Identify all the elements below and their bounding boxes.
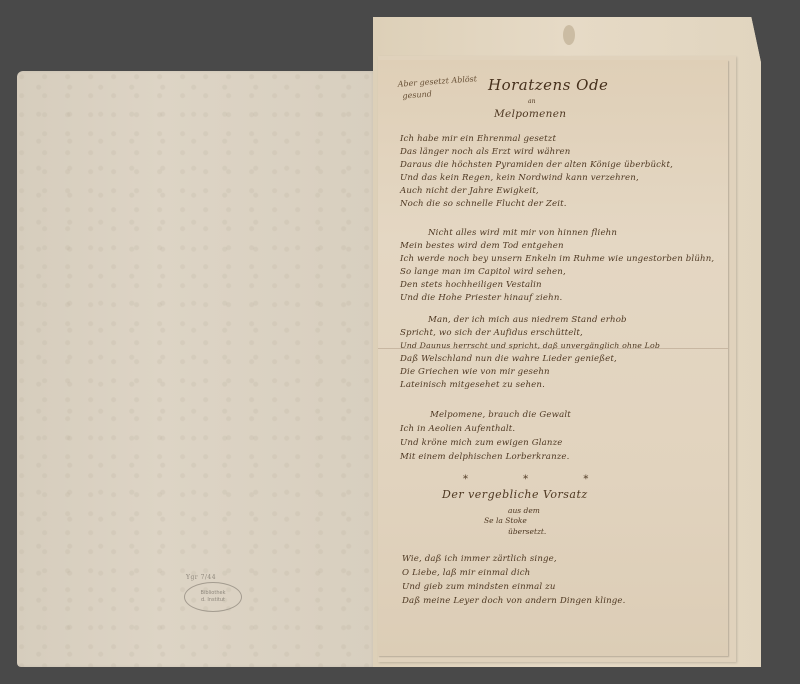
poem-line: O Liebe, laß mir einmal dich [402, 568, 530, 578]
poem-line: Und gieb zum mindsten einmal zu [402, 582, 556, 592]
poem-line: Und das kein Regen, kein Nordwind kann v… [400, 173, 639, 183]
poem-line: Das länger noch als Erzt wird währen [400, 147, 570, 157]
page-subtitle: Melpomenen [494, 108, 566, 120]
poem-line: Die Griechen wie von mir gesehn [400, 367, 550, 377]
poem-line: Spricht, wo sich der Aufidus erschüttelt… [400, 328, 583, 338]
margin-note: Aber gesetzt Ablöst gesund [397, 73, 478, 102]
poem-line: Den stets hochheiligen Vestalin [400, 280, 542, 290]
poem-line: Nicht alles wird mit mir von hinnen flie… [428, 228, 617, 238]
poem-line: Und die Hohe Priester hinauf ziehn. [400, 293, 562, 303]
library-stamp: Bibliothek d. Institut [184, 582, 242, 612]
poem-line: Ich in Aeolien Aufenthalt. [400, 424, 515, 434]
poem-line: Mein bestes wird dem Tod entgehen [400, 241, 564, 251]
title-connector: an [528, 98, 535, 105]
poem-line: Melpomene, brauch die Gewalt [430, 410, 571, 420]
poem-line: Daß meine Leyer doch von andern Dingen k… [402, 596, 626, 606]
poem-line: Daraus die höchsten Pyramiden der alten … [400, 160, 673, 170]
poem-line: Daß Welschland nun die wahre Lieder geni… [400, 354, 617, 364]
poem-line: Noch die so schnelle Flucht der Zeit. [400, 199, 567, 209]
paper-stain [563, 25, 575, 45]
stamp-line: d. Institut [201, 597, 225, 604]
poem-line: Wie, daß ich immer zärtlich singe, [402, 554, 557, 564]
poem-line: Ich habe mir ein Ehrenmal gesetzt [400, 134, 556, 144]
section-separator: * * * [463, 474, 614, 485]
poem-2-subtitle-line: Se la Stoke [484, 516, 527, 525]
stamp-line: Bibliothek [201, 590, 226, 597]
scan-background: Ygr 7/44 Bibliothek d. Institut Aber ges… [0, 0, 800, 684]
poem-line: Ich werde noch bey unsern Enkeln im Ruhm… [400, 254, 714, 264]
poem-line: Auch nicht der Jahre Ewigkeit, [400, 186, 539, 196]
poem-2-subtitle-line: übersetzt. [508, 527, 546, 536]
poem-line: Man, der ich mich aus niedrem Stand erho… [428, 315, 627, 325]
page-title: Horatzens Ode [488, 76, 608, 94]
poem-line: Und kröne mich zum ewigen Glanze [400, 438, 563, 448]
shelfmark: Ygr 7/44 [186, 574, 216, 581]
poem-line: So lange man im Capitol wird sehen, [400, 267, 566, 277]
poem-line: Und Daunus herrscht und spricht, daß unv… [400, 341, 660, 350]
poem-line: Mit einem delphischen Lorberkranze. [400, 452, 570, 462]
poem-line: Lateinisch mitgesehet zu sehen. [400, 380, 545, 390]
manuscript-page: Aber gesetzt Ablöst gesund Horatzens Ode… [378, 60, 728, 656]
poem-2-subtitle-line: aus dem [508, 506, 540, 515]
poem-2-title: Der vergebliche Vorsatz [442, 488, 588, 501]
